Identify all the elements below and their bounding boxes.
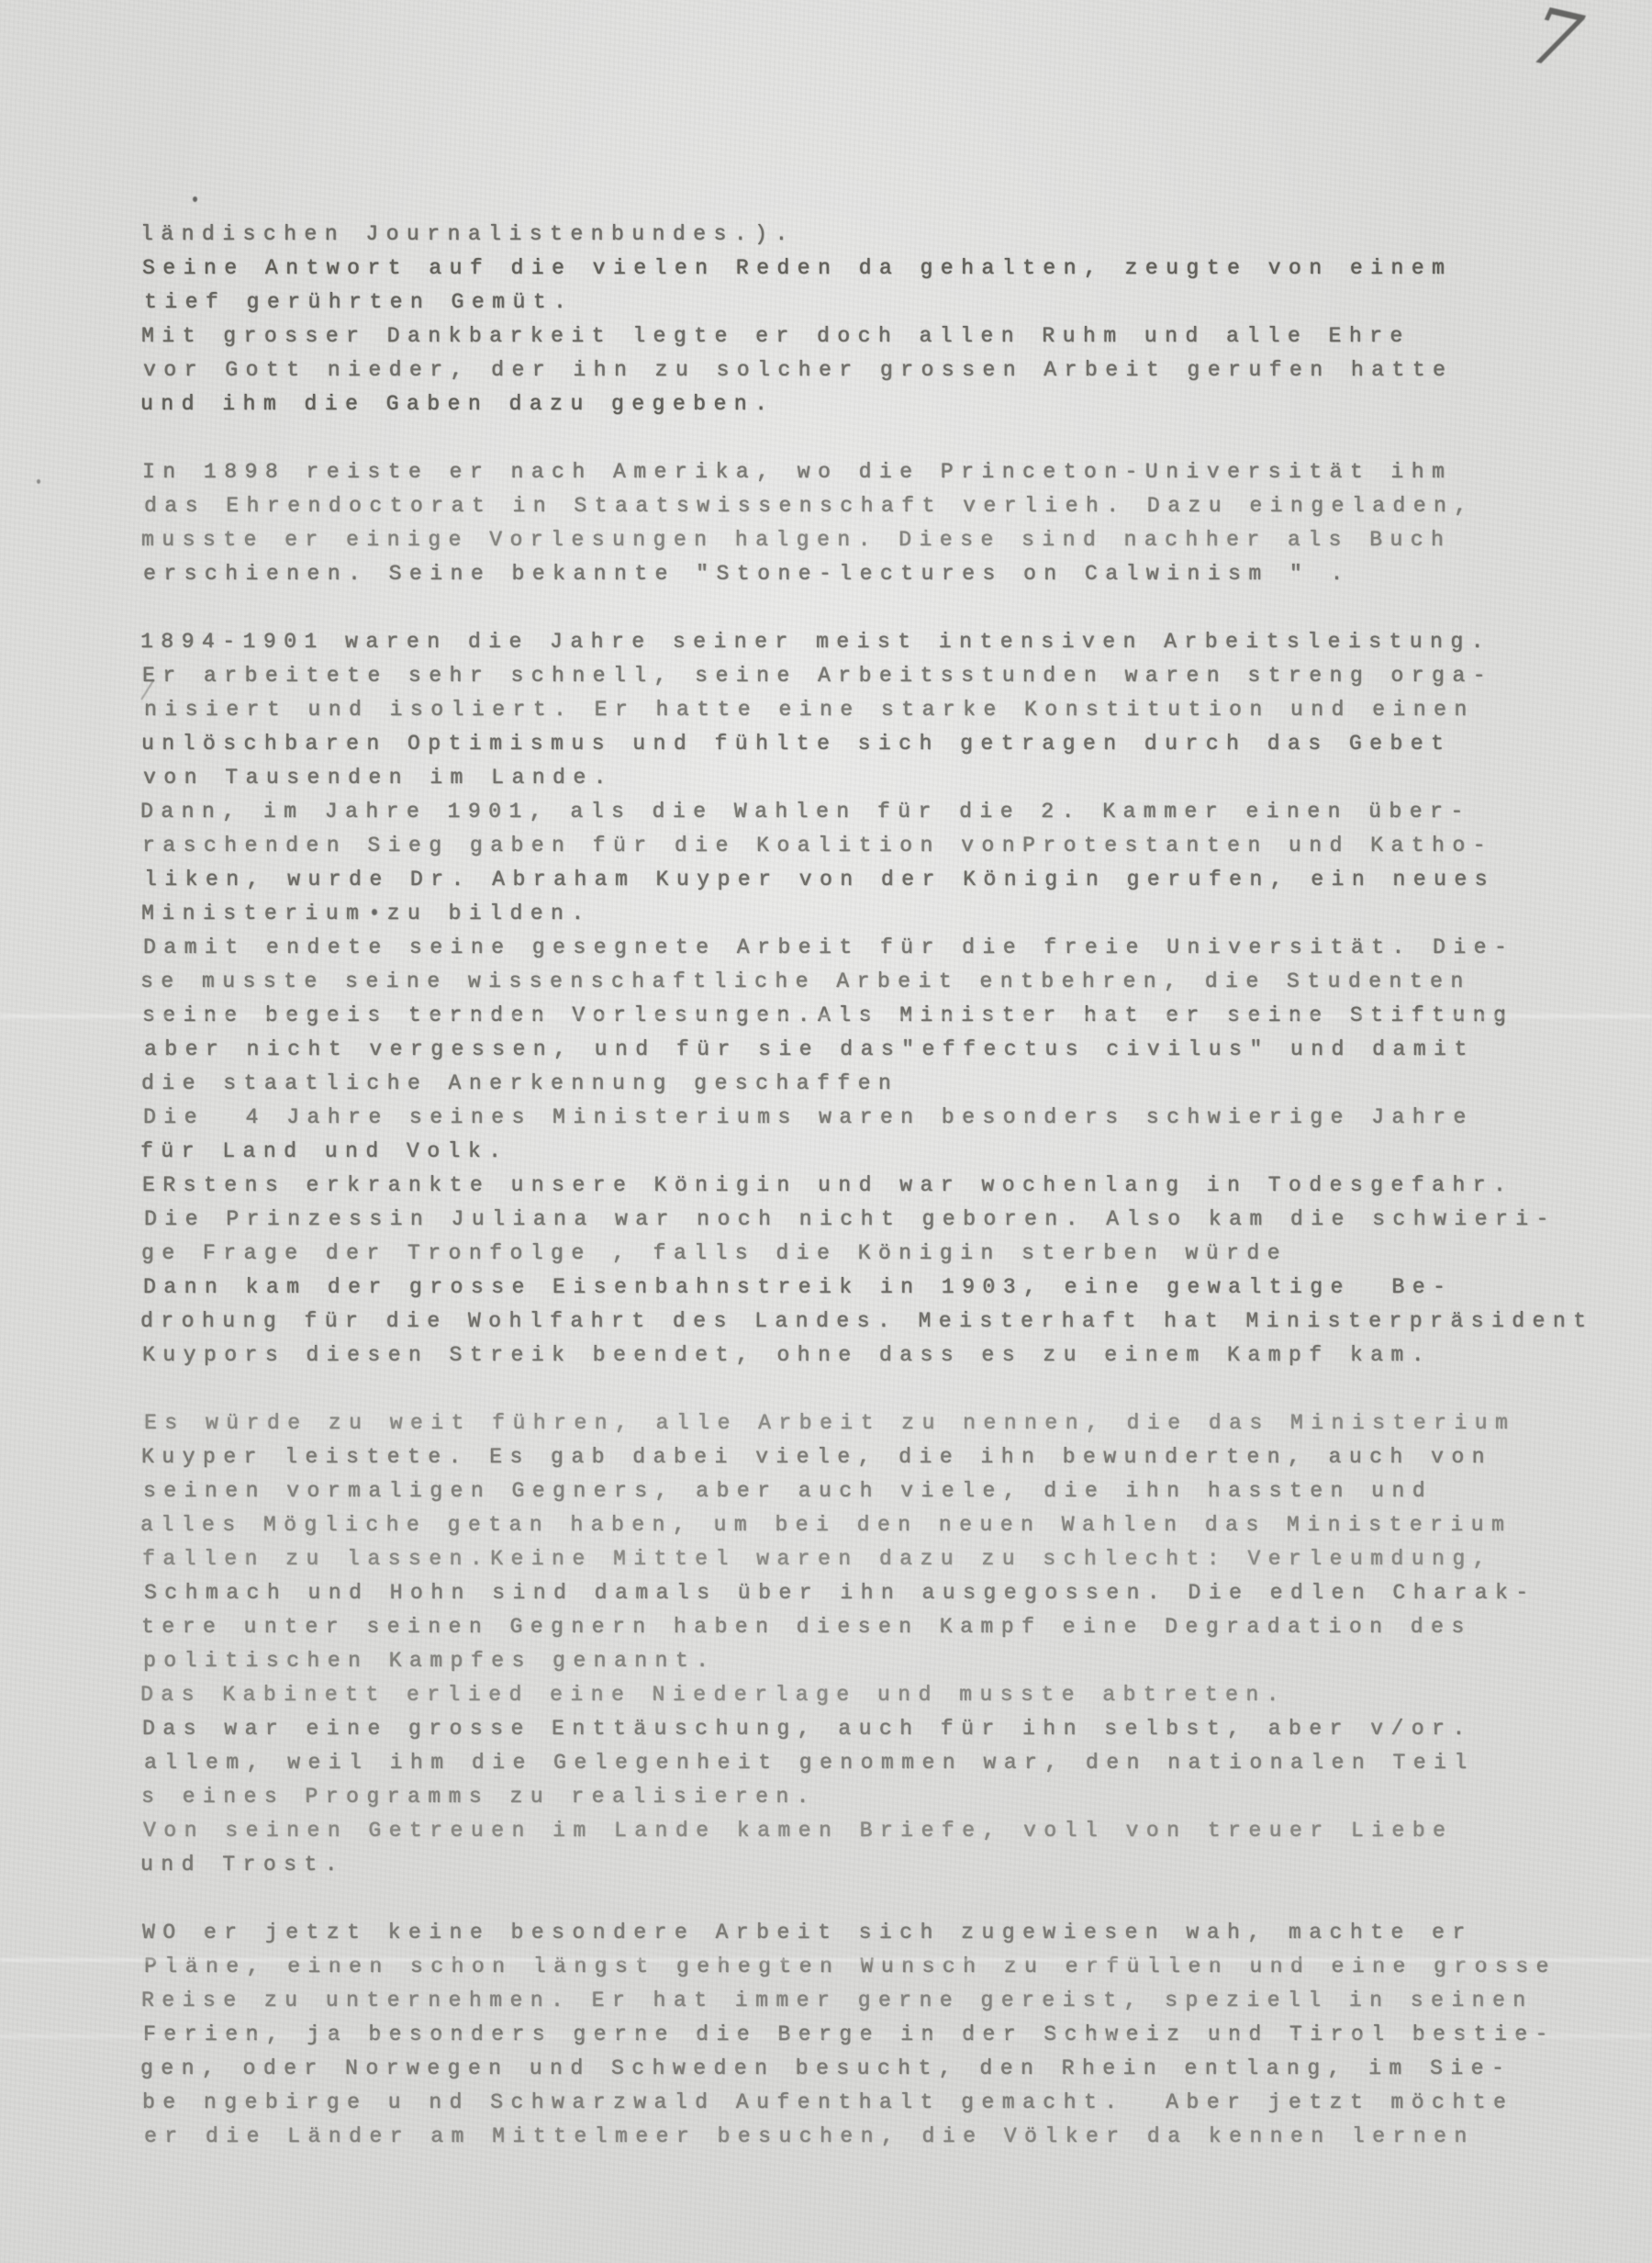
text-line: vor Gott nieder, der ihn zu solcher gros… xyxy=(143,353,1596,387)
text-line: er die Länder am Mittelmeer besuchen, di… xyxy=(144,2120,1597,2154)
text-line: 1894-1901 waren die Jahre seiner meist i… xyxy=(140,625,1593,659)
text-line: drohung für die Wohlfahrt des Landes. Me… xyxy=(140,1305,1593,1339)
text-line: und Trost. xyxy=(140,1848,1593,1882)
text-line: ge Frage der Tronfolge , falls die König… xyxy=(141,1237,1594,1271)
paragraph: Es würde zu weit führen, alle Arbeit zu … xyxy=(142,1406,1595,1882)
text-line: allem, weil ihm die Gelegenheit genommen… xyxy=(144,1746,1597,1780)
text-line: Schmach und Hohn sind damals über ihn au… xyxy=(144,1576,1597,1610)
scanned-typewritten-page: 7 ländischen Journalistenbundes.).Seine … xyxy=(0,0,1652,2263)
text-line: die staatliche Anerkennung geschaffen xyxy=(141,1067,1594,1101)
text-line: Von seinen Getreuen im Lande kamen Brief… xyxy=(143,1814,1596,1848)
text-line: Er arbeitete sehr schnell, seine Arbeits… xyxy=(142,659,1595,693)
handwritten-page-number: 7 xyxy=(1522,0,1590,89)
text-line: unlöschbaren Optimismus und fühlte sich … xyxy=(141,727,1594,761)
text-line: raschenden Sieg gaben für die Koalition … xyxy=(142,829,1595,863)
ink-speck xyxy=(372,909,377,915)
text-line: und ihm die Gaben dazu gegeben. xyxy=(140,387,1593,421)
ink-speck xyxy=(37,479,40,484)
text-line: Kuypors diesen Streik beendet, ohne dass… xyxy=(142,1339,1595,1372)
ink-speck xyxy=(193,196,197,202)
text-line: seine begeis ternden Vorlesungen.Als Min… xyxy=(142,999,1595,1033)
text-line: fallen zu lassen.Keine Mittel waren dazu… xyxy=(142,1542,1595,1576)
text-line: tief gerührten Gemüt. xyxy=(144,286,1597,319)
paragraph: WO er jetzt keine besondere Arbeit sich … xyxy=(142,1916,1595,2154)
text-line: Es würde zu weit führen, alle Arbeit zu … xyxy=(144,1406,1597,1440)
text-line: Reise zu unternehmen. Er hat immer gerne… xyxy=(141,1984,1594,2018)
text-line: für Land und Volk. xyxy=(140,1135,1593,1169)
text-line: Die Prinzessin Juliana war noch nicht ge… xyxy=(144,1203,1597,1237)
text-line: ländischen Journalistenbundes.). xyxy=(140,218,1593,252)
text-line: Seine Antwort auf die vielen Reden da ge… xyxy=(142,252,1595,286)
text-line: erschienen. Seine bekannte "Stone-lectur… xyxy=(143,557,1596,591)
text-line: be ngebirge u nd Schwarzwald Aufenthalt … xyxy=(142,2086,1595,2120)
text-line: von Tausenden im Lande. xyxy=(143,761,1596,795)
text-line: das Ehrendoctorat in Staatswissenschaft … xyxy=(144,489,1597,523)
text-line: Dann, im Jahre 1901, als die Wahlen für … xyxy=(140,795,1593,829)
text-line: politischen Kampfes genannt. xyxy=(143,1644,1596,1678)
text-line: Pläne, einen schon längst gehegten Wunsc… xyxy=(144,1950,1597,1984)
text-line: liken, wurde Dr. Abraham Kuyper von der … xyxy=(144,863,1597,897)
text-line: Mit grosser Dankbarkeit legte er doch al… xyxy=(141,319,1594,353)
text-line: se musste seine wissenschaftliche Arbeit… xyxy=(140,965,1593,999)
paragraph: In 1898 reiste er nach Amerika, wo die P… xyxy=(142,455,1595,591)
text-line: tere unter seinen Gegnern haben diesen K… xyxy=(141,1610,1594,1644)
text-line: gen, oder Norwegen und Schweden besucht,… xyxy=(140,2052,1593,2086)
text-line: musste er einige Vorlesungen halgen. Die… xyxy=(141,523,1594,557)
text-line: Damit endete seine gesegnete Arbeit für … xyxy=(143,931,1596,965)
text-line: Das Kabinett erlied eine Niederlage und … xyxy=(140,1678,1593,1712)
text-line: In 1898 reiste er nach Amerika, wo die P… xyxy=(142,455,1595,489)
text-line: Kuyper leistete. Es gab dabei viele, die… xyxy=(141,1440,1594,1474)
text-line: s eines Programms zu realisieren. xyxy=(141,1780,1594,1814)
text-line: seinen vormaligen Gegners, aber auch vie… xyxy=(143,1474,1596,1508)
paragraph: ländischen Journalistenbundes.).Seine An… xyxy=(142,218,1595,421)
text-line: Ministerium zu bilden. xyxy=(141,897,1594,931)
text-line: aber nicht vergessen, und für sie das"ef… xyxy=(144,1033,1597,1067)
typewritten-body: ländischen Journalistenbundes.).Seine An… xyxy=(142,218,1595,2188)
text-line: WO er jetzt keine besondere Arbeit sich … xyxy=(142,1916,1595,1950)
text-line: nisiert und isoliert. Er hatte eine star… xyxy=(144,693,1597,727)
text-line: Die 4 Jahre seines Ministeriums waren be… xyxy=(143,1101,1596,1135)
text-line: alles Mögliche getan haben, um bei den n… xyxy=(140,1508,1593,1542)
text-line: Das war eine grosse Enttäuschung, auch f… xyxy=(142,1712,1595,1746)
text-line: ERstens erkrankte unsere Königin und war… xyxy=(142,1169,1595,1203)
text-line: Dann kam der grosse Eisenbahnstreik in 1… xyxy=(143,1271,1596,1305)
paragraph: 1894-1901 waren die Jahre seiner meist i… xyxy=(142,625,1595,1372)
text-line: Ferien, ja besonders gerne die Berge in … xyxy=(143,2018,1596,2052)
